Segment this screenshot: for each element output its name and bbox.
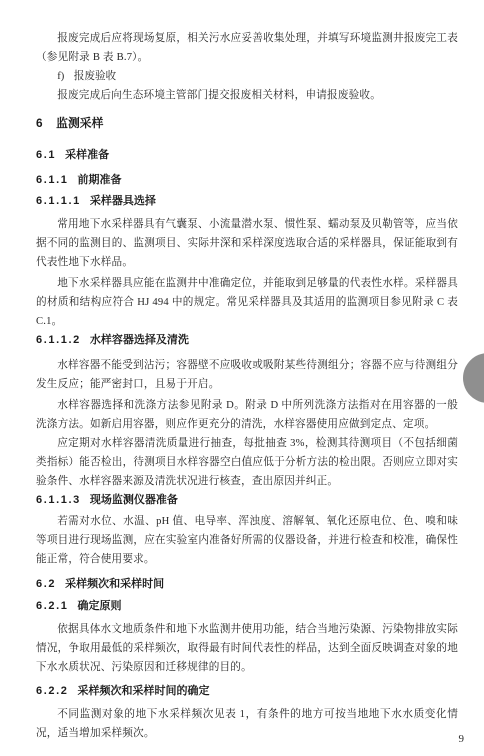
heading-6-1-1-1-number: 6.1.1.1 xyxy=(36,195,81,207)
document-page: 报废完成后应将现场复原，相关污水应妥善收集处理，并填写环境监测井报废完工表（参见… xyxy=(0,0,484,756)
paragraph-sampler-requirements: 地下水采样器具应能在监测井中准确定位，并能取到足够量的代表性水样。采样器具的材质… xyxy=(36,274,458,331)
heading-6-1-1-2-number: 6.1.1.2 xyxy=(36,334,81,346)
heading-6-1-1-1-title: 采样器具选择 xyxy=(90,195,156,207)
heading-6-title: 监测采样 xyxy=(56,116,103,130)
paragraph-site-restore: 报废完成后应将现场复原，相关污水应妥善收集处理，并填写环境监测井报废完工表（参见… xyxy=(36,29,458,67)
heading-6-1-1: 6.1.1前期准备 xyxy=(36,171,458,190)
heading-6-2: 6.2采样频次和采样时间 xyxy=(36,575,458,594)
heading-6-2-number: 6.2 xyxy=(36,578,56,590)
heading-6-1-1-3-title: 现场监测仪器准备 xyxy=(90,494,178,506)
heading-6-1: 6.1采样准备 xyxy=(36,146,458,165)
list-item-f: f)报废验收 xyxy=(36,67,458,86)
heading-6-2-2-number: 6.2.2 xyxy=(36,685,68,697)
heading-6-1-1-3: 6.1.1.3现场监测仪器准备 xyxy=(36,491,458,510)
heading-6: 6监测采样 xyxy=(36,114,458,133)
list-item-f-marker: f) xyxy=(57,71,64,82)
paragraph-container-spot-check: 应定期对水样容器清洗质量进行抽查，每批抽查 3%，检测其待测项目（不包括细菌类指… xyxy=(36,434,458,491)
heading-6-1-1-title: 前期准备 xyxy=(77,174,121,186)
paragraph-acceptance: 报废完成后向生态环境主管部门提交报废相关材料，申请报废验收。 xyxy=(36,86,458,105)
paragraph-frequency-principle: 依据具体水文地质条件和地下水监测井使用功能，结合当地污染源、污染物排放实际情况，… xyxy=(36,620,458,677)
page-content: 报废完成后应将现场复原，相关污水应妥善收集处理，并填写环境监测井报废完工表（参见… xyxy=(36,29,458,743)
paragraph-sampler-types: 常用地下水采样器具有气囊泵、小流量潜水泵、惯性泵、蠕动泵及贝勒管等，应当依据不同… xyxy=(36,215,458,272)
heading-6-2-title: 采样频次和采样时间 xyxy=(65,578,164,590)
heading-6-2-2-title: 采样频次和采样时间的确定 xyxy=(77,685,209,697)
side-circle-marker xyxy=(463,353,484,403)
paragraph-frequency-determination: 不同监测对象的地下水采样频次见表 1，有条件的地方可按当地地下水水质变化情况，适… xyxy=(36,705,458,743)
list-item-f-label: 报废验收 xyxy=(74,71,116,82)
heading-6-1-1-number: 6.1.1 xyxy=(36,174,68,186)
heading-6-1-1-2-title: 水样容器选择及清洗 xyxy=(90,334,189,346)
paragraph-container-washing: 水样容器选择和洗涤方法参见附录 D。附录 D 中所列洗涤方法指对在用容器的一般洗… xyxy=(36,396,458,434)
heading-6-2-2: 6.2.2采样频次和采样时间的确定 xyxy=(36,682,458,701)
paragraph-container-requirements: 水样容器不能受到沾污；容器壁不应吸收或吸附某些待测组分；容器不应与待测组分发生反… xyxy=(36,356,458,394)
heading-6-2-1-title: 确定原则 xyxy=(77,600,121,612)
heading-6-number: 6 xyxy=(36,116,44,130)
heading-6-1-1-2: 6.1.1.2水样容器选择及清洗 xyxy=(36,331,458,350)
heading-6-1-1-3-number: 6.1.1.3 xyxy=(36,494,81,506)
paragraph-field-instruments: 若需对水位、水温、pH 值、电导率、浑浊度、溶解氧、氧化还原电位、色、嗅和味等项… xyxy=(36,512,458,569)
heading-6-1-title: 采样准备 xyxy=(65,149,109,161)
heading-6-2-1: 6.2.1确定原则 xyxy=(36,597,458,616)
page-number: 9 xyxy=(459,732,465,746)
heading-6-2-1-number: 6.2.1 xyxy=(36,600,68,612)
heading-6-1-number: 6.1 xyxy=(36,149,56,161)
heading-6-1-1-1: 6.1.1.1采样器具选择 xyxy=(36,192,458,211)
